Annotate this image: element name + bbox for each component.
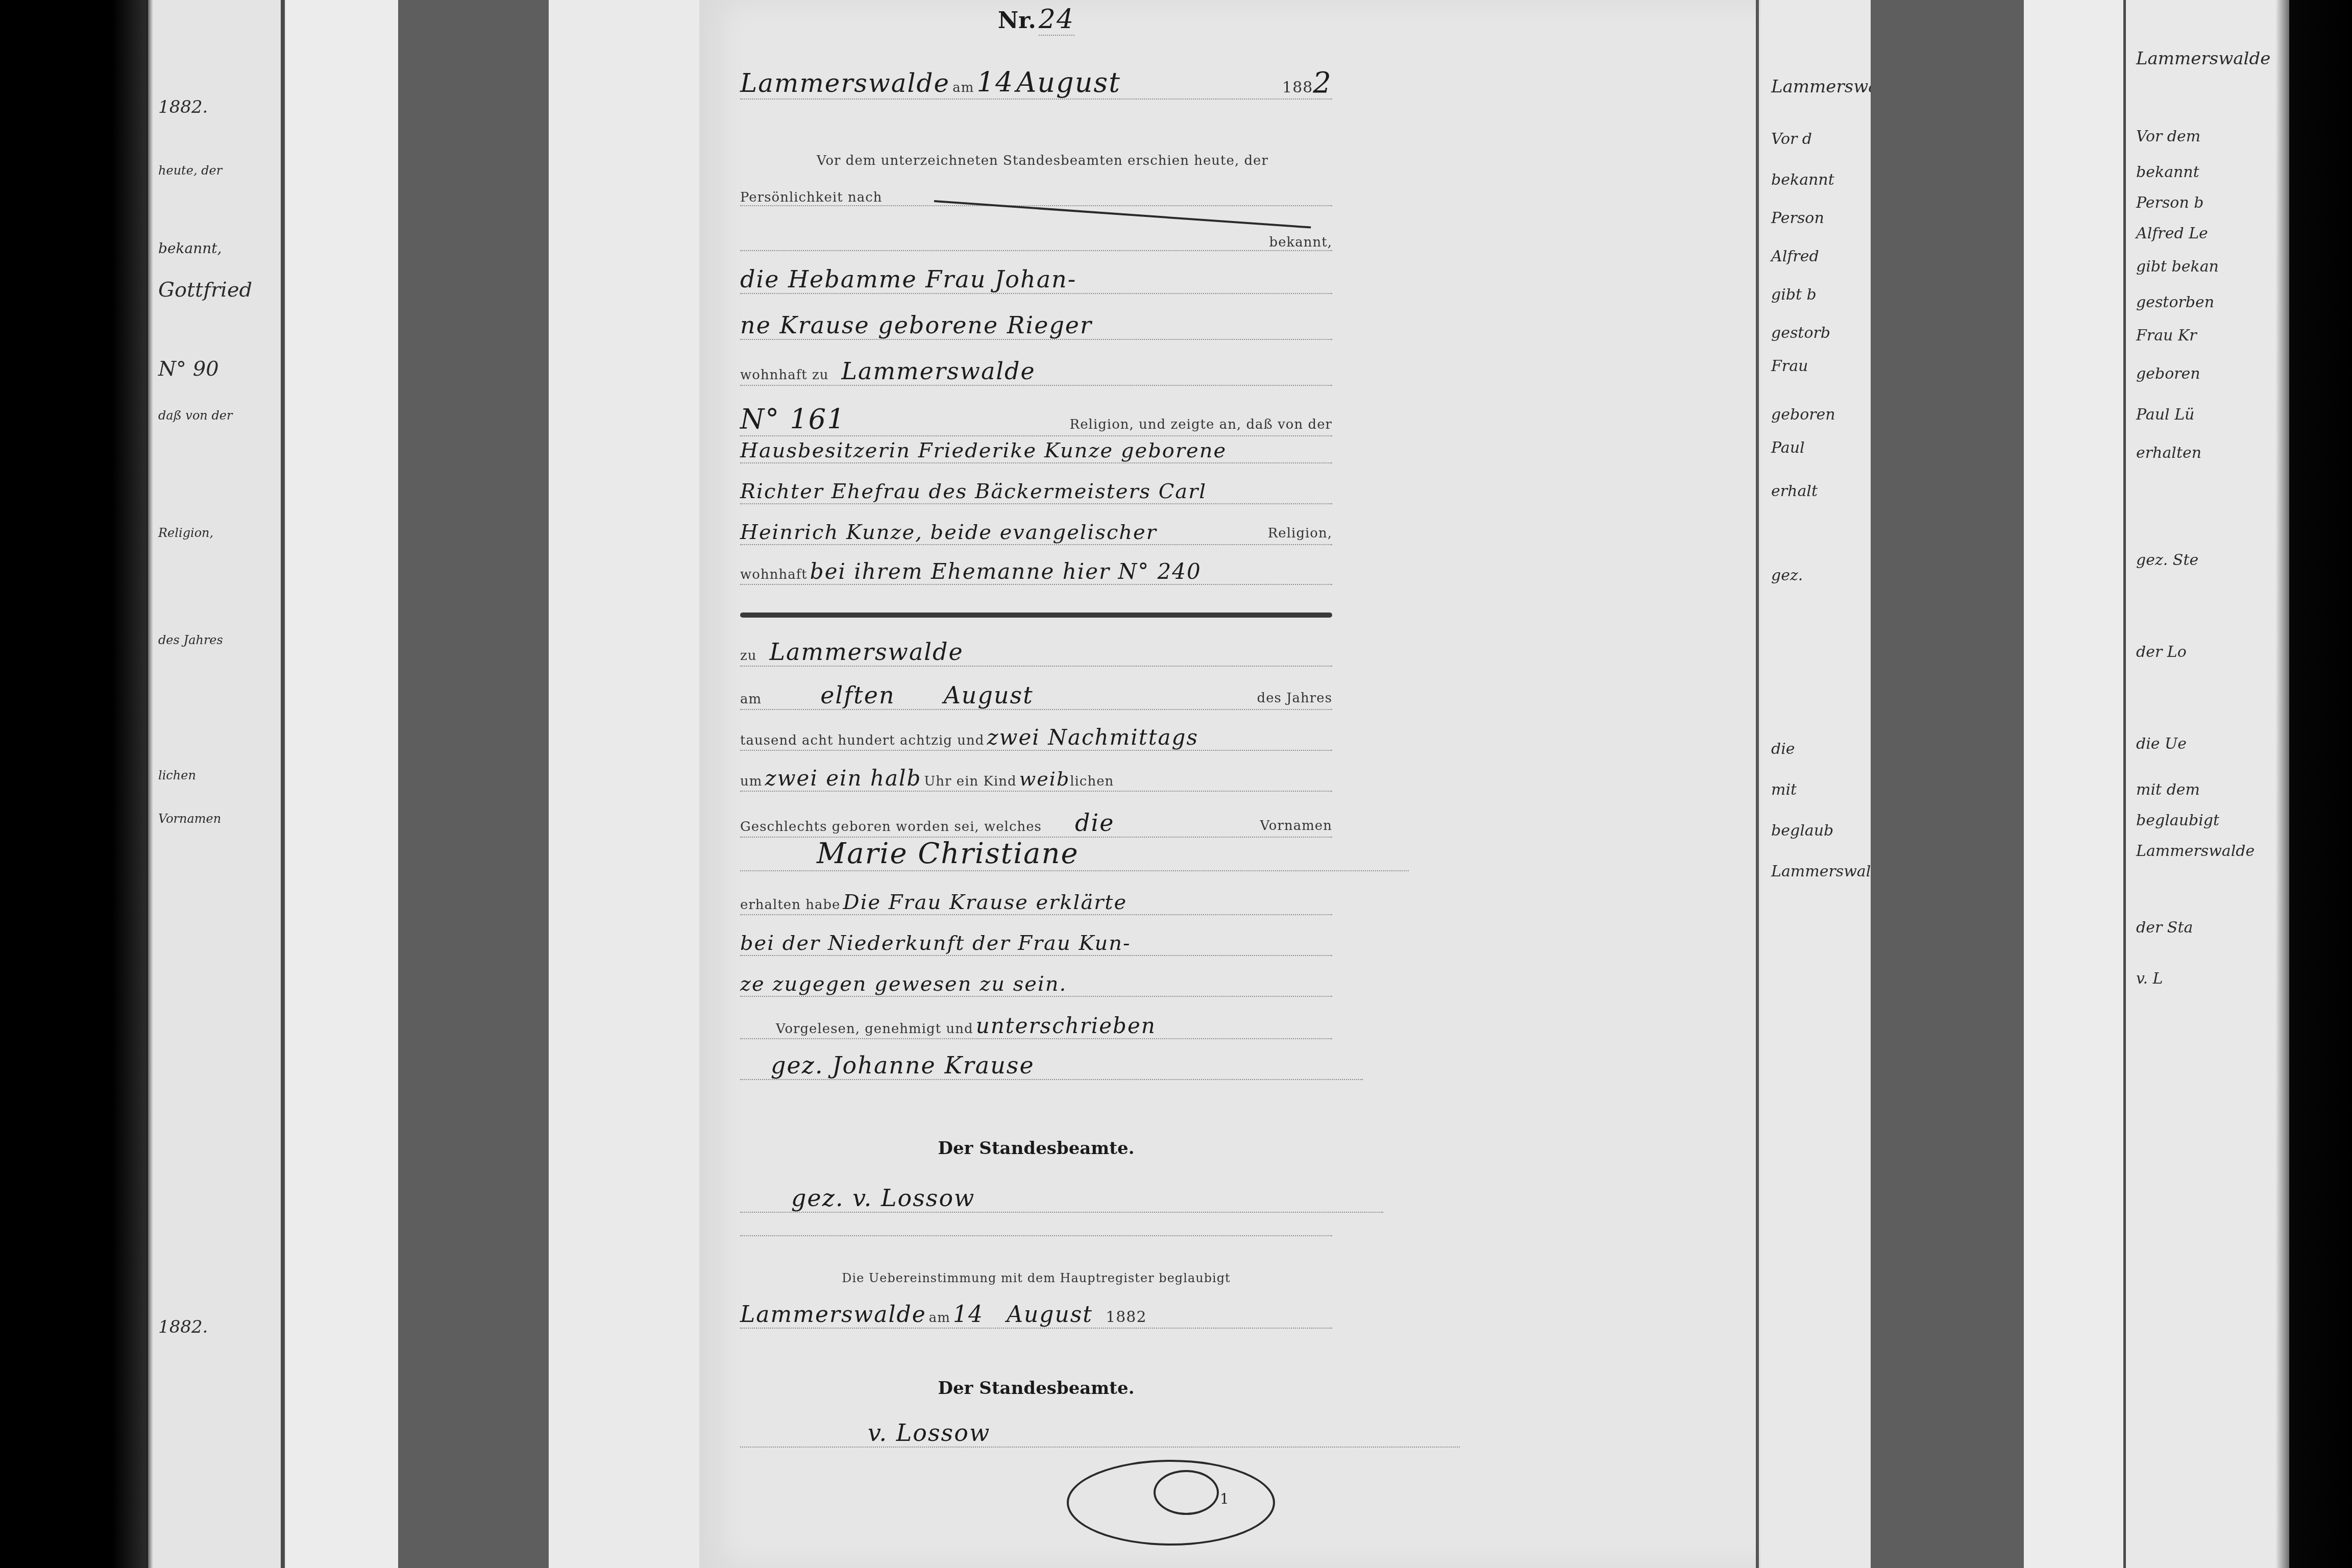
left-partial-page: 1882. heute, der bekannt, Gottfried N° 9… [148, 0, 286, 1568]
fragment: Religion, [158, 526, 213, 540]
statement-line-3: ze zugegen gewesen zu sein. [740, 972, 1332, 997]
birth-date-line: am elften August des Jahres [740, 681, 1332, 710]
intro-text: Vor dem unterzeichneten Standesbeamten e… [740, 153, 1409, 168]
section-divider [740, 612, 1332, 618]
page-margin [286, 0, 398, 1568]
registrar-signature-1: gez. v. Lossow [740, 1184, 1383, 1213]
certified-date-line: Lammerswalde am 14 August 1882 [740, 1302, 1332, 1329]
fragment: 1882. [158, 1317, 208, 1337]
mother-line-1: Hausbesitzerin Friederike Kunze geborene [740, 439, 1332, 463]
entry-number: Nr. 24 [740, 4, 1332, 35]
place-date-line: Lammerswalde am 14 August 1882 [740, 66, 1332, 100]
registrar-signature-2: v. Lossow [740, 1419, 1460, 1448]
mother-residence-line: wohnhaft bei ihrem Ehemanne hier N° 240 [740, 559, 1332, 585]
register-page: Nr. 24 Lammerswalde am 14 August 1882 Vo… [699, 0, 1761, 1568]
fragment: daß von der [158, 408, 232, 423]
fragment: N° 90 [158, 357, 219, 381]
fragment: Vornamen [158, 812, 221, 826]
birth-place-line: zu Lammerswalde [740, 638, 1332, 667]
child-name: Marie Christiane [740, 837, 1409, 871]
registrar-title-1: Der Standesbeamte. [740, 1138, 1332, 1159]
blank-rule [740, 1230, 1332, 1236]
fragment: heute, der [158, 163, 222, 178]
read-approved-line: Vorgelesen, genehmigt und unterschrieben [740, 1013, 1332, 1039]
entry-number-value: 24 [1039, 4, 1074, 36]
birth-year-line: tausend acht hundert achtzig und zwei Na… [740, 725, 1332, 751]
registrar-title-2: Der Standesbeamte. [740, 1378, 1332, 1399]
left-vignette [0, 0, 153, 1568]
forename-intro-line: Geschlechts geboren worden sei, welches … [740, 809, 1332, 838]
signature-flourish-inner [1154, 1470, 1219, 1515]
right-partial-page-a: Lammerswalde Vor d bekannt Person Alfred… [1761, 0, 1876, 1568]
fragment: Gottfried [158, 278, 252, 302]
birth-time-line: um zwei ein halb Uhr ein Kind weiblichen [740, 766, 1332, 792]
informant-line-1: die Hebamme Frau Johan- [740, 265, 1332, 294]
received-line: erhalten habe Die Frau Krause erklärte [740, 891, 1332, 915]
personality-line: Persönlichkeit nach [740, 190, 1332, 206]
right-partial-page-b: Lammerswalde Vor dem bekannt Person b Al… [2126, 0, 2289, 1568]
dark-band-left [398, 0, 549, 1568]
residence-line: wohnhaft zu Lammerswalde [740, 357, 1332, 386]
fragment: lichen [158, 768, 196, 782]
mother-line-2: Richter Ehefrau des Bäckermeisters Carl [740, 480, 1332, 504]
mother-line-3: Heinrich Kunze, beide evangelischer Reli… [740, 521, 1332, 545]
fragment: 1882. [158, 97, 208, 117]
informant-line-2: ne Krause geborene Rieger [740, 311, 1332, 340]
statement-line-2: bei der Niederkunft der Frau Kun- [740, 932, 1332, 956]
page-margin [549, 0, 699, 1568]
informant-signature: gez. Johanne Krause [740, 1051, 1363, 1080]
right-vignette [2275, 0, 2352, 1568]
microfilm-frame: 1882. heute, der bekannt, Gottfried N° 9… [0, 0, 2352, 1568]
page-edge-rule [281, 0, 285, 1568]
dark-band-right [1871, 0, 2024, 1568]
known-line: bekannt, [740, 235, 1332, 251]
fragment: bekannt, [158, 240, 222, 257]
page-margin [2024, 0, 2126, 1568]
house-religion-line: N° 161 Religion, und zeigte an, daß von … [740, 403, 1332, 436]
conformity-statement: Die Uebereinstimmung mit dem Hauptregist… [740, 1271, 1332, 1285]
fragment: des Jahres [158, 633, 223, 647]
page-number: 1 [1220, 1490, 1229, 1507]
page-edge-rule [1756, 0, 1759, 1568]
